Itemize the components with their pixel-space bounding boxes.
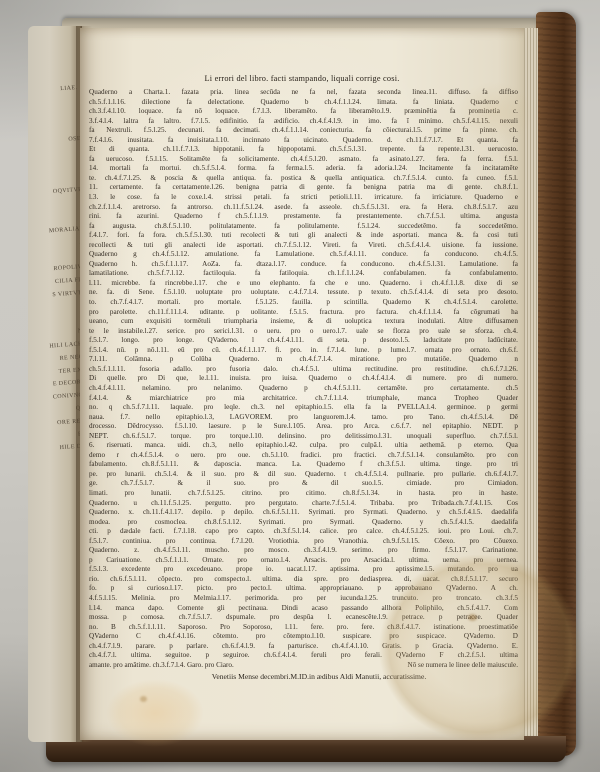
body-line: fa uerucoso. f.5.l.15. Solitamēte fa sol… <box>89 155 518 165</box>
body-line: ne. fa. di Sene. f.5.l.10. uoluptate pro… <box>89 288 518 298</box>
body-line: Quaderno g ch.4.f.5.l.12. amulatione. fa… <box>89 250 518 260</box>
body-line: ch.4.f.4.l.11. nelamino. pro nelanimo. Q… <box>89 384 518 394</box>
body-line: f.5.l.7. longo. pro longe. QVaderno. l c… <box>89 336 518 346</box>
body-line: modea. pro cosmoclea. ch.8.f.5.l.12. Syr… <box>89 518 518 528</box>
facing-page-edge: LIAE.OSEOQVITVR.MORALIAM,AEROPOLIVM.CILI… <box>28 26 82 742</box>
body-line: drocesso. Dēdrocysso. f.5.l.10. laesure.… <box>89 422 518 432</box>
body-line: fabulamento. ch.8.f.5.l.11. & daposcia. … <box>89 460 518 470</box>
body-line: ge. ch.7.f.5.l.7. & il suo. pro & dil su… <box>89 479 518 489</box>
body-line: Et di quanta. ch.11.f.7.l.3. hippotanii.… <box>89 145 518 155</box>
body-line: f.4.l.4. & miarchiatrice pro mia archita… <box>89 394 518 404</box>
body-line: Quaderno. x. ch.11.f.4.l.17. depilo. p d… <box>89 508 518 518</box>
body-line: Quaderno. u ch.11.f.5.l.25. pergutto. pr… <box>89 499 518 509</box>
body-line: fa augusta. ch.8.f.5.l.10. politulatamen… <box>89 222 518 232</box>
photo-backdrop: LIAE.OSEOQVITVR.MORALIAM,AEROPOLIVM.CILI… <box>0 0 600 772</box>
body-line: cti. p dædale facti. f.7.l.18. capo pro … <box>89 527 518 537</box>
body-line: demo r ch.4.f.5.l.4. o uero. pro oue. ch… <box>89 451 518 461</box>
body-line: f.4.l.7. fori. fa fora. ch.5.f.5.l.30. t… <box>89 231 518 241</box>
leather-binding-right <box>536 12 576 756</box>
body-line: 4.f.5.l.15. Melinia. pro Melmia.l.17. pe… <box>89 594 518 604</box>
body-line: ch.5.f.1.l.16. dilectione fa delectation… <box>89 98 518 108</box>
book: LIAE.OSEOQVITVR.MORALIAM,AEROPOLIVM.CILI… <box>28 12 575 760</box>
body-line: to. ch.7.f.4.l.7. mortali. pro mortale. … <box>89 298 518 308</box>
body-line: no. B ch.5.f.1.l.11. Saporoso. Pro Sopor… <box>89 623 518 633</box>
body-line: naua. f.7. nello epitaphio.l.3, LAGVOREM… <box>89 413 518 423</box>
body-line: l.3. le cose. fa le coxe.l.4. strissi pe… <box>89 193 518 203</box>
body-line: lamatilatione. ch.5.f.7.l.12. factiloqui… <box>89 269 518 279</box>
body-line: fo. p si curioso.l.17. picto. pro pecto.… <box>89 584 518 594</box>
body-line: te le instabile.l.27. serice. pro serici… <box>89 327 518 337</box>
page-heading: Li errori del libro. facti stampando, li… <box>80 28 524 83</box>
body-line: 6. riseruati. manca. uidi. ch.3, nello e… <box>89 441 518 451</box>
body-line: ueano, cum exquisiti tormētuli triumphar… <box>89 317 518 327</box>
body-line: ch.5.f.1.l.11. fosoria adallo. pro fusor… <box>89 365 518 375</box>
body-line: f.5.l.7. continiua. pro continua. f.7.l.… <box>89 537 518 547</box>
body-line: recollecti & tuti gli analecti ide aspor… <box>89 241 518 251</box>
body-line: 11. certamente. fa certatamente.l.26. be… <box>89 183 518 193</box>
errata-body: Quaderno a Charta.1. fazata pria. linea … <box>89 88 518 661</box>
body-line: rio. ch.6.f.5.l.11. cōpecto. pro comspec… <box>89 575 518 585</box>
body-line: 7.f.4.l.6. inusitata. fa inuisitata.l.10… <box>89 136 518 146</box>
body-line: p Cariuatione. ch.5.f.1.l.1. Ornate. pro… <box>89 556 518 566</box>
body-line: 7.l.11. Colāmna. p Colūba Quaderno. m ch… <box>89 355 518 365</box>
body-line: Quaderno. z. ch.4.f.5.l.11. muscho. pro … <box>89 546 518 556</box>
body-line: f.5.l.3. excedente pro excedeuano. prope… <box>89 565 518 575</box>
fox-spot <box>140 696 147 702</box>
body-line: NEPT. ch.6.f.5.l.7. torque. pro torque.l… <box>89 432 518 442</box>
body-line: te. ch.4.f.7.l.25. & poscia & quella ant… <box>89 174 518 184</box>
body-last-line: amante. pro amātime. ch.3.f.7.l.4. Garo.… <box>89 661 518 671</box>
body-line: mossa. p comosa. ch.7.f.5.l.7. dspumale.… <box>89 613 518 623</box>
body-line: l.11. micrebbe. fa rincrebbe.l.17. che e… <box>89 279 518 289</box>
body-line: Quaderno h. ch.5.f.1.l.17. AoZa. fa. dta… <box>89 260 518 270</box>
body-line: ch.3.f.4.l.10. loquace. fa nō loquace. f… <box>89 107 518 117</box>
body-line: 14. mortali fa mortui. ch.5.f.5.l.4. for… <box>89 164 518 174</box>
body-line: ch.4.f.7.l.9. parare. p parlare. ch.6.f.… <box>89 642 518 652</box>
body-line: rini. fa azurini. Quaderno f ch.5.f.1.l.… <box>89 212 518 222</box>
body-line: ch.4.f.7.l. ultima. seguitoe. p seguiroe… <box>89 651 518 661</box>
maiuscule-note: Nō se numera le linee delle maiuscule. <box>408 661 518 671</box>
errata-page: Li errori del libro. facti stampando, li… <box>80 28 524 740</box>
body-line: pe. pro lunarii. ch.5.l.4. & il suo. pro… <box>89 470 518 480</box>
colophon: Venetiis Mense decembri.M.ID.in ædibus A… <box>80 672 524 681</box>
body-line: fa Nextruli. f.5.l.25. decunati. fa deci… <box>89 126 518 136</box>
body-line: limati. pro lunatii. ch.7.f.5.l.25. citr… <box>89 489 518 499</box>
body-line: Di quelle. pro Di que, le.l.11. inuista.… <box>89 374 518 384</box>
body-line: ch.2.f.1.l.4. aretrorso. fa antrorso. ch… <box>89 203 518 213</box>
body-line: no. q ch.5.f.7.l.11. laquale. pro leqle.… <box>89 403 518 413</box>
body-line: l.14. manca dapo. Comente gli pectinaua.… <box>89 604 518 614</box>
body-line: QVaderno C ch.4.f.4.l.16. cōtemto. pro c… <box>89 632 518 642</box>
body-line: f.5.l.4. nū. p nō.l.11. eū pro cū. ch.4.… <box>89 346 518 356</box>
body-last-line-text: amante. pro amātime. ch.3.f.7.l.4. Garo.… <box>89 661 234 671</box>
body-line: 3.f.4.l.4. laltra fa laltro. f.7.l.5. ed… <box>89 117 518 127</box>
body-line: pro parolette. ch.11.f.11.l.4. uditante.… <box>89 308 518 318</box>
body-line: Quaderno a Charta.1. fazata pria. linea … <box>89 88 518 98</box>
page-fore-edge <box>522 28 538 740</box>
